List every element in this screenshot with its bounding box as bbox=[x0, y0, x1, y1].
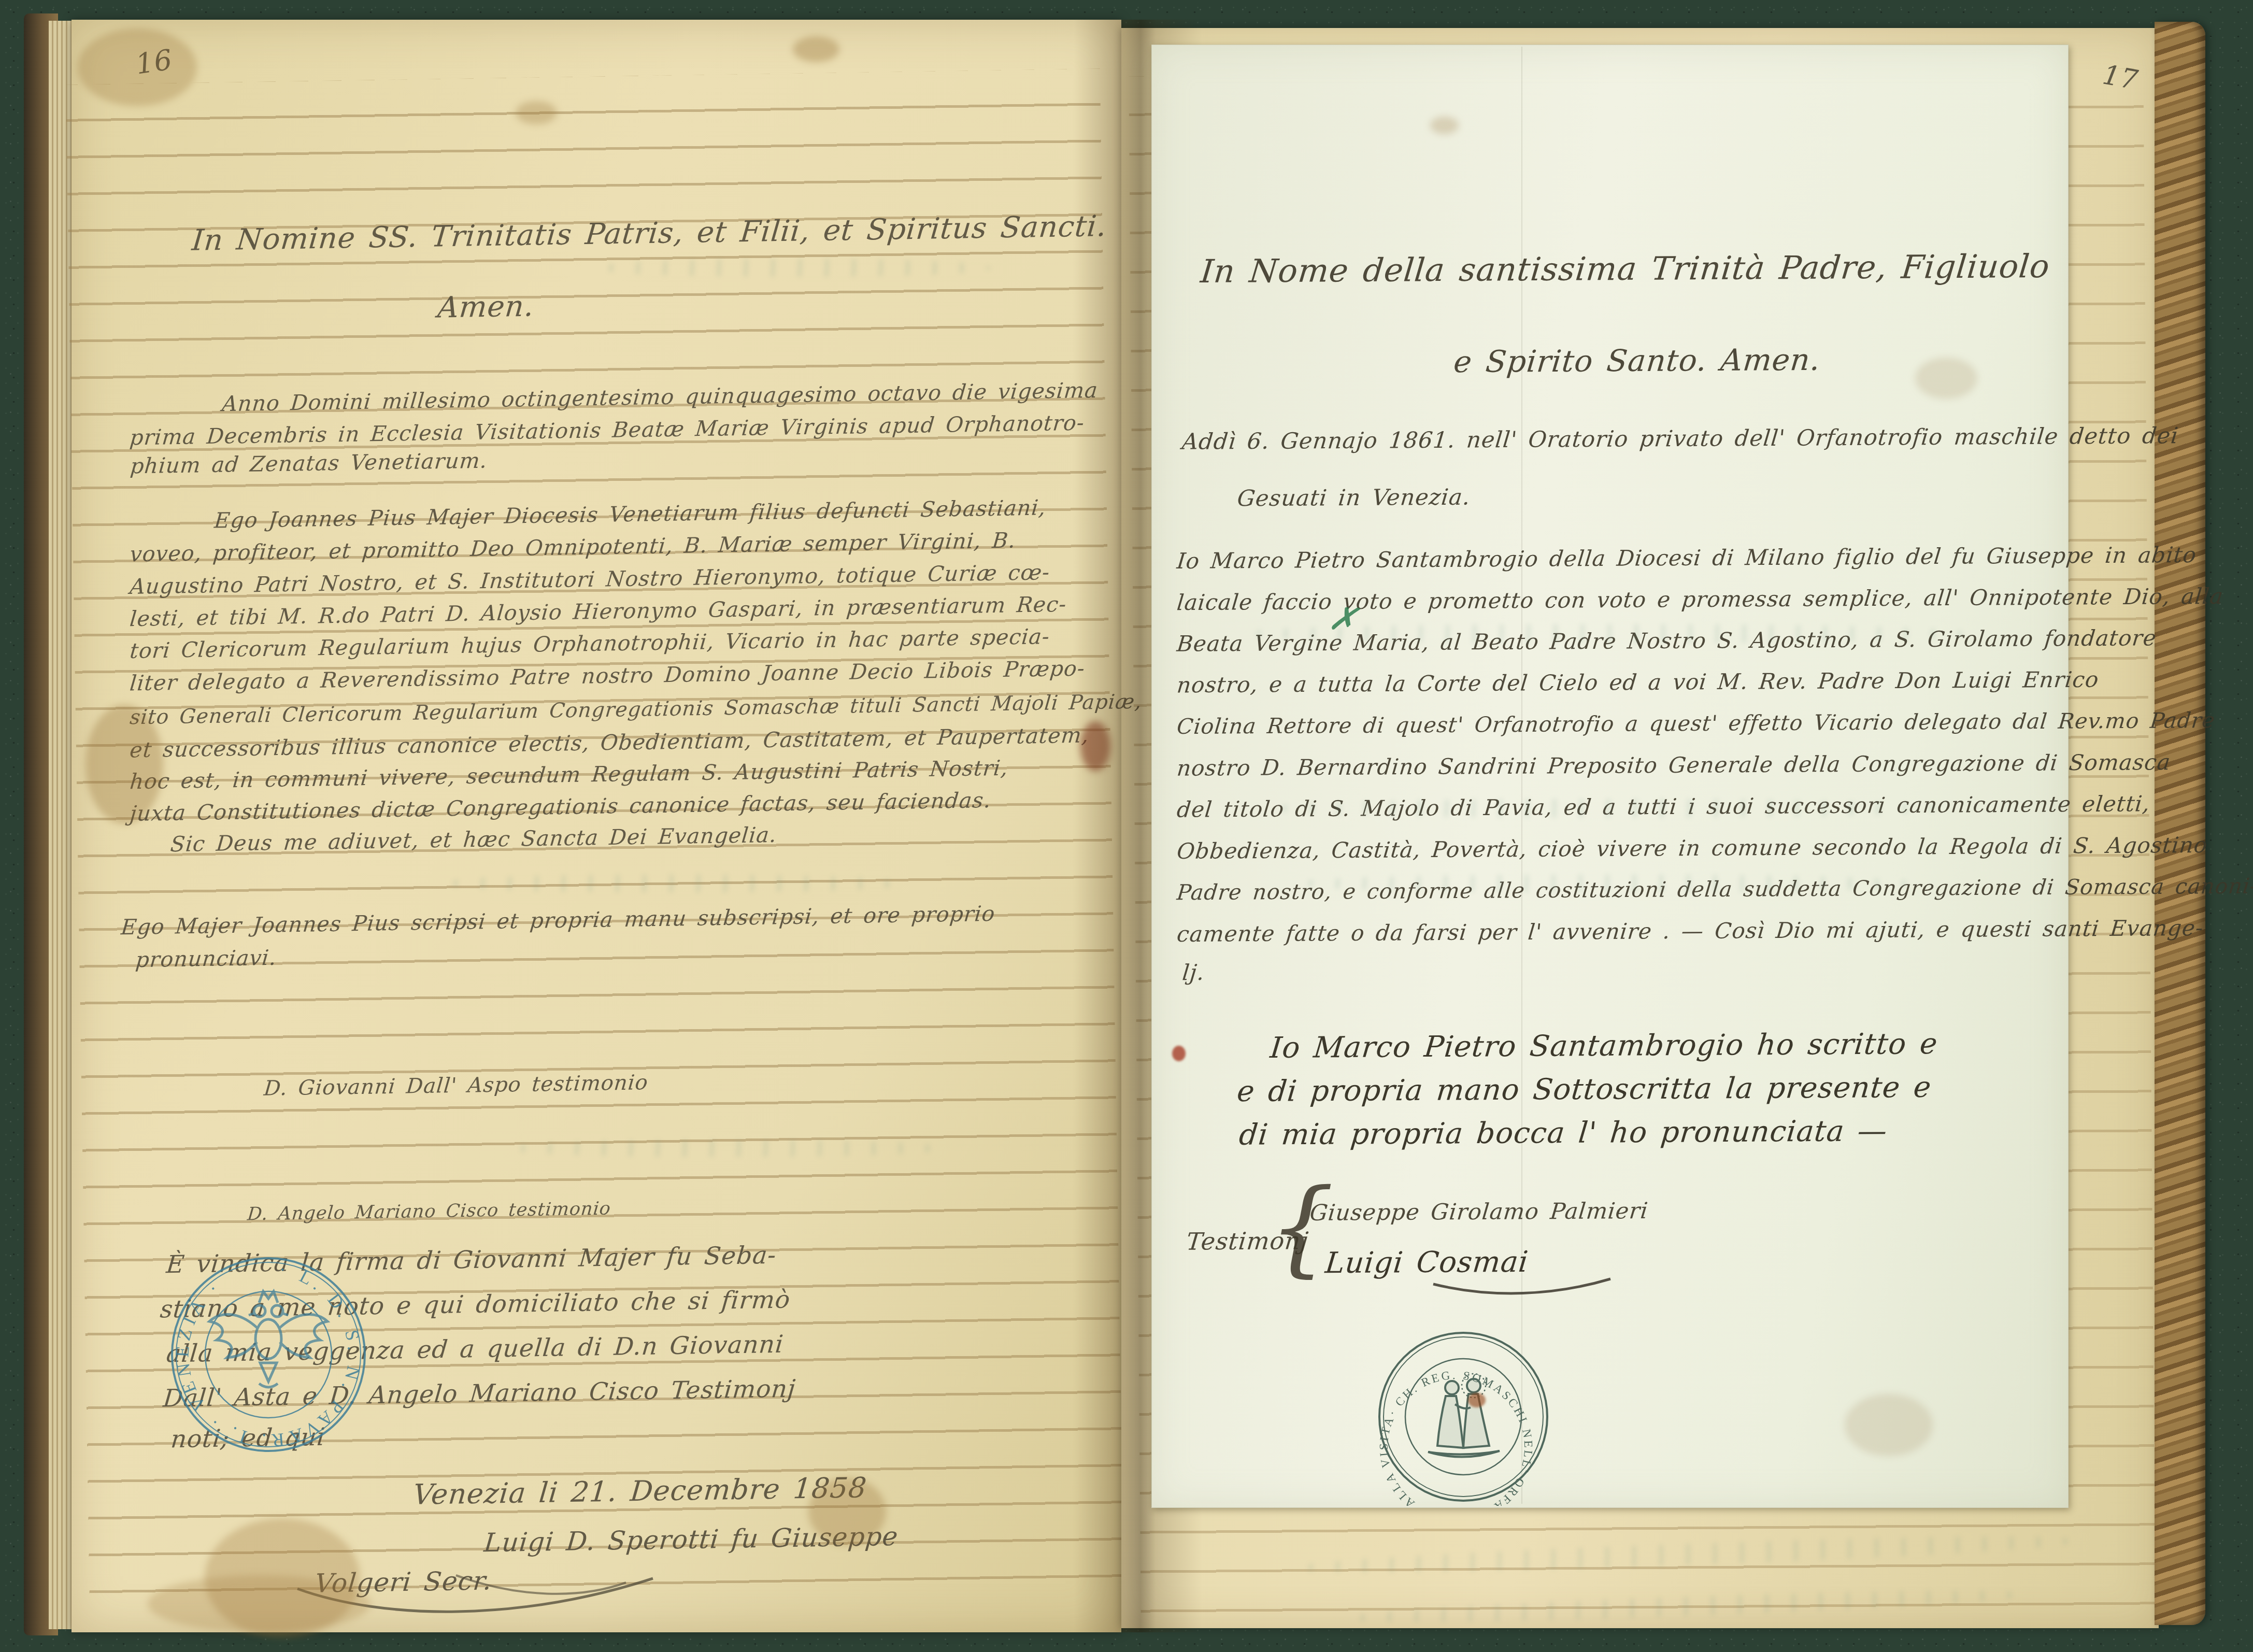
rust-dot bbox=[1468, 1393, 1486, 1407]
imperial-eagle-oval-stamp: · L. D. S. N. PAVAR. I. · VENEZIA · bbox=[167, 1253, 370, 1456]
bleedthrough-ghost bbox=[1244, 624, 1969, 643]
latin-amen: Amen. bbox=[436, 290, 536, 325]
age-stain bbox=[808, 1478, 886, 1545]
age-stain bbox=[793, 36, 839, 62]
bleedthrough-ghost bbox=[1270, 799, 1943, 818]
italian-dateline-2: Gesuati in Venezia. bbox=[1236, 485, 1472, 512]
bleedthrough-ghost bbox=[508, 1140, 943, 1157]
italian-invocation-line-2: e Spirito Santo. Amen. bbox=[1452, 342, 1822, 379]
bleedthrough-ghost bbox=[1295, 875, 1917, 892]
book-binding-right-edge bbox=[2155, 22, 2205, 1625]
italian-invocation-line-1: In Nome della santissima Trinità Padre, … bbox=[1199, 247, 2051, 290]
age-stain bbox=[1915, 358, 1977, 399]
age-stain bbox=[148, 1575, 370, 1632]
page-number-right: 17 bbox=[2100, 60, 2141, 96]
age-stain bbox=[1845, 1394, 1933, 1456]
age-stain bbox=[1430, 117, 1459, 134]
age-stain bbox=[516, 101, 557, 124]
stamp-ring-text: · L. D. S. N. PAVAR. I. · VENEZIA · bbox=[172, 1259, 365, 1451]
age-stain bbox=[85, 705, 163, 824]
age-stain bbox=[78, 29, 197, 106]
italian-vow-line: lj. bbox=[1181, 960, 1206, 985]
declaration-line: e di propria mano Sottoscritta la presen… bbox=[1235, 1071, 1933, 1108]
somaschi-visitation-round-stamp: · CH. REG. SOMASCHI NELL' ORFANOTROFIO A… bbox=[1374, 1328, 1552, 1506]
red-ink-blot bbox=[1080, 721, 1110, 771]
bleedthrough-ghost bbox=[440, 875, 907, 892]
declaration-line: di mia propria bocca l' ho pronunciata — bbox=[1237, 1114, 1889, 1152]
witness-signature-flourish bbox=[1430, 1270, 1617, 1301]
bleedthrough-ghost bbox=[596, 259, 990, 277]
svg-text:· L. D. S. N. PAVAR. I. · VEN: · L. D. S. N. PAVAR. I. · VENEZIA · bbox=[172, 1259, 365, 1451]
declaration-line: Io Marco Pietro Santambrogio ho scritto … bbox=[1268, 1027, 1939, 1065]
double-headed-eagle-icon bbox=[209, 1291, 327, 1387]
witness-name-1: Giuseppe Girolamo Palmieri bbox=[1308, 1198, 1649, 1226]
red-wax-dot bbox=[1172, 1046, 1186, 1061]
latin-subscription-line: pronunciavi. bbox=[135, 945, 278, 972]
